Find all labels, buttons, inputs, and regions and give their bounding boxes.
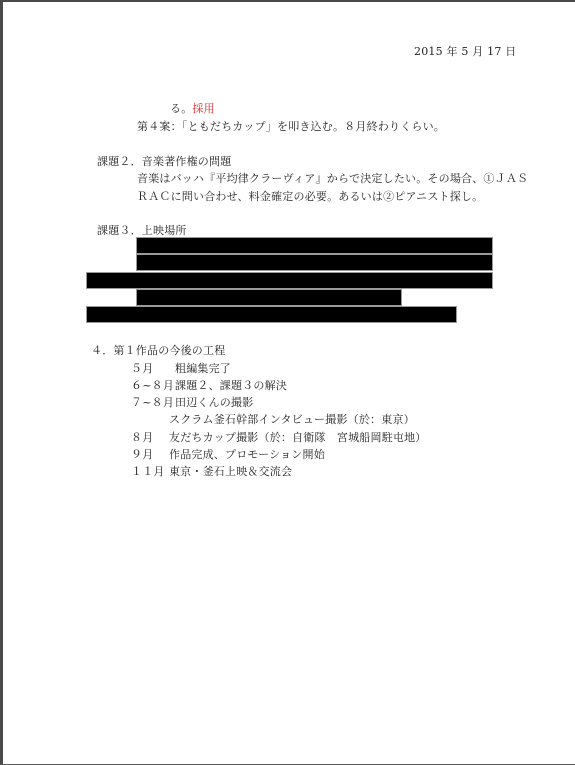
continuation-line: る。採用 bbox=[170, 102, 215, 116]
schedule-when: １１月 bbox=[131, 465, 169, 479]
issue-2-body-line-2: ＲＡＣに問い合わせ、料金確定の必要。あるいは②ピアニスト探し。 bbox=[137, 190, 483, 204]
schedule-what: 課題２、課題３の解決 bbox=[175, 379, 287, 392]
issue-3-heading: 課題３．上映場所 bbox=[97, 224, 187, 238]
schedule-when: ７~８月 bbox=[131, 396, 175, 410]
schedule-when: ９月 bbox=[131, 448, 169, 462]
redaction-bar bbox=[137, 290, 401, 305]
schedule-what: 東京・釜石上映＆交流会 bbox=[169, 465, 292, 478]
continuation-text: る。 bbox=[170, 102, 192, 115]
schedule-row: スクラム釜石幹部インタビュー撮影（於：東京） bbox=[131, 413, 415, 427]
schedule-row: ８月友だちカップ撮影（於：自衛隊 宮城船岡駐屯地） bbox=[131, 431, 427, 445]
schedule-when: ５月 bbox=[131, 362, 175, 376]
schedule-what: 友だちカップ撮影（於：自衛隊 宮城船岡駐屯地） bbox=[169, 431, 427, 444]
section-4-heading: ４．第１作品の今後の工程 bbox=[91, 344, 225, 358]
redaction-bar bbox=[87, 273, 492, 288]
schedule-what: 田辺くんの撮影 bbox=[175, 396, 253, 409]
schedule-when: ８月 bbox=[131, 431, 169, 445]
adopted-highlight: 採用 bbox=[192, 102, 214, 115]
redaction-bar bbox=[87, 307, 456, 322]
schedule-when: ６~８月 bbox=[131, 379, 175, 393]
schedule-row: ５月粗編集完了 bbox=[131, 362, 231, 376]
schedule-row: ９月作品完成、プロモーション開始 bbox=[131, 448, 325, 462]
proposal-4: 第４案：「ともだちカップ」を叩き込む。８月終わりくらい。 bbox=[137, 120, 445, 134]
schedule-row: １１月東京・釜石上映＆交流会 bbox=[131, 465, 292, 479]
schedule-row: ６~８月課題２、課題３の解決 bbox=[131, 379, 287, 393]
redaction-bar bbox=[137, 238, 492, 253]
schedule-what: スクラム釜石幹部インタビュー撮影（於：東京） bbox=[169, 413, 415, 426]
schedule-row: ７~８月田辺くんの撮影 bbox=[131, 396, 253, 410]
document-date: 2015 年 5 月 17 日 bbox=[414, 45, 516, 59]
issue-2-body-line-1: 音楽はバッハ『平均律クラーヴィア』からで決定したい。その場合、①ＪＡＳ bbox=[137, 172, 528, 186]
document-page: 2015 年 5 月 17 日 る。採用 第４案：「ともだちカップ」を叩き込む。… bbox=[0, 0, 575, 765]
schedule-what: 作品完成、プロモーション開始 bbox=[169, 448, 325, 461]
redaction-bar bbox=[137, 255, 492, 270]
issue-2-heading: 課題２．音楽著作権の問題 bbox=[97, 155, 231, 169]
schedule-what: 粗編集完了 bbox=[175, 362, 231, 375]
